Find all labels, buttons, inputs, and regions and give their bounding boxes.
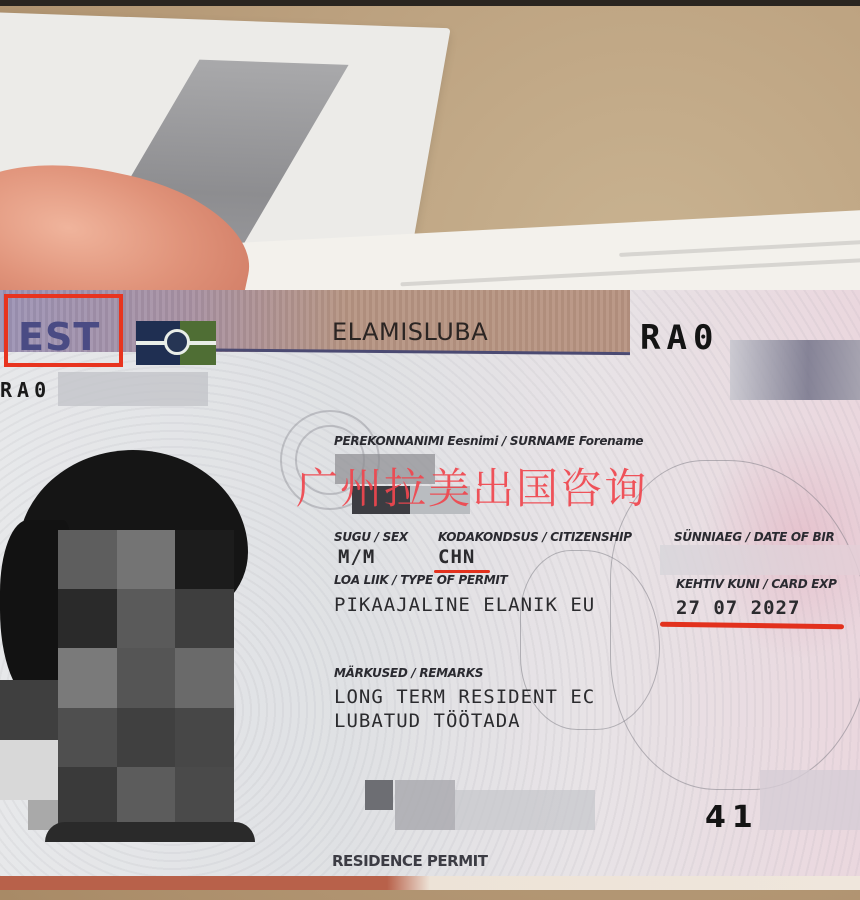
photo-shoulders — [45, 822, 255, 842]
redaction-block — [395, 780, 455, 830]
redaction-block — [58, 372, 208, 406]
expiry-value: 27 07 2027 — [676, 597, 800, 619]
redaction-block — [455, 790, 595, 830]
card-number-small: RA0 — [0, 378, 51, 402]
document-number-tail: 41 — [705, 800, 759, 835]
card-bottom-edge — [0, 876, 860, 890]
redaction-block — [730, 340, 860, 400]
residence-permit-card: EST ELAMISLUBA RA0 RA0 PEREKONNANIMI Ees… — [0, 290, 860, 890]
redacted-dob — [660, 545, 860, 575]
dob-label: SÜNNIAEG / DATE OF BIR — [674, 530, 835, 544]
card-number: RA0 — [640, 318, 719, 358]
redaction-block — [760, 770, 860, 830]
watermark-text: 广州拉美出国咨询 — [296, 456, 648, 516]
remarks-line-2: LUBATUD TÖÖTADA — [334, 710, 521, 732]
holder-photo — [0, 450, 255, 840]
footer-label: RESIDENCE PERMIT — [332, 852, 487, 870]
est-highlight-box: EST — [4, 294, 123, 367]
remarks-label: MÄRKUSED / REMARKS — [334, 666, 483, 680]
surname-label: PEREKONNANIMI Eesnimi / SURNAME Forename — [334, 434, 643, 448]
pixelated-face — [58, 530, 234, 826]
eu-flag-icon — [136, 321, 216, 365]
card-title: ELAMISLUBA — [332, 318, 488, 346]
top-edge — [0, 0, 860, 6]
remarks-line-1: LONG TERM RESIDENT EC — [334, 686, 595, 708]
citizenship-value: CHN — [438, 546, 475, 568]
permit-type-label: LOA LIIK / TYPE OF PERMIT — [334, 573, 507, 587]
sex-label: SUGU / SEX — [334, 530, 408, 544]
redaction-block — [365, 780, 393, 810]
country-code: EST — [18, 318, 100, 356]
expiry-label: KEHTIV KUNI / CARD EXP — [676, 577, 837, 591]
sex-value: M/M — [338, 546, 375, 568]
citizenship-label: KODAKONDSUS / CITIZENSHIP — [438, 530, 632, 544]
permit-type-value: PIKAAJALINE ELANIK EU — [334, 594, 595, 616]
